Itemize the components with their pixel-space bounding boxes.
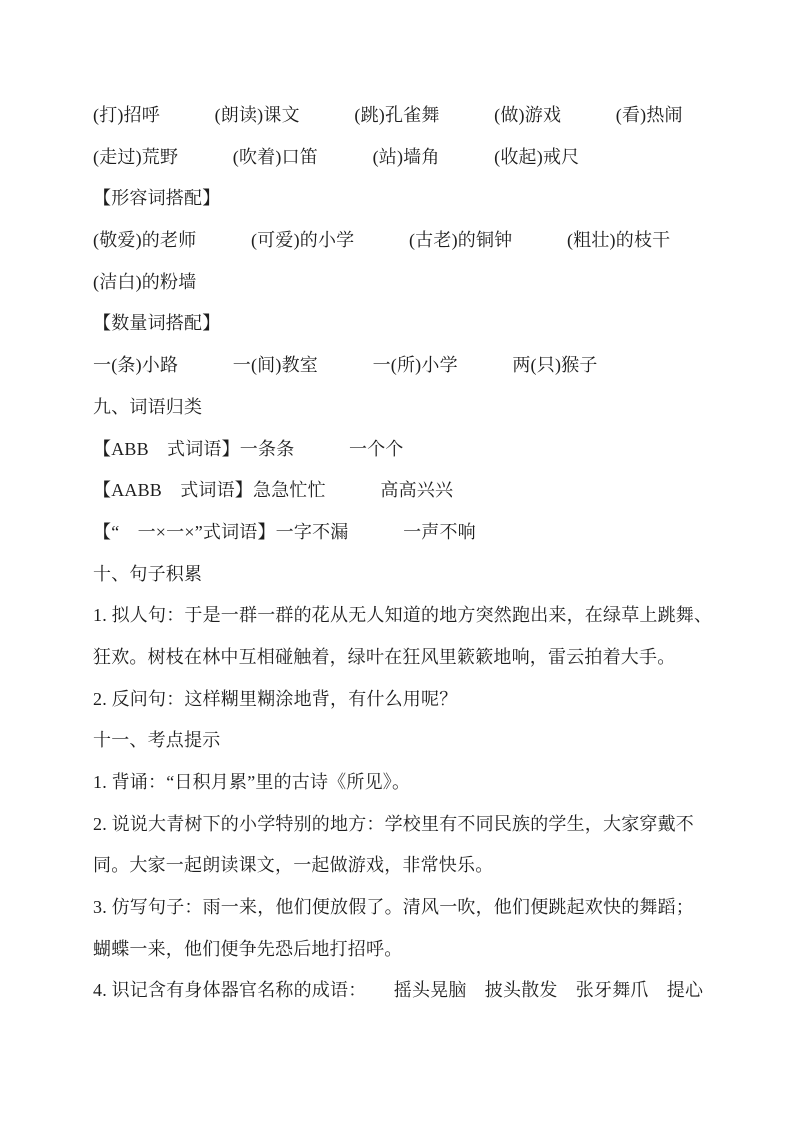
abb-words-row: 【ABB 式词语】一条条 一个个 bbox=[93, 429, 753, 471]
section-9-heading: 九、词语归类 bbox=[93, 387, 753, 429]
adjective-row-1: (敬爱)的老师 (可爱)的小学 (古老)的铜钟 (粗壮)的枝干 bbox=[93, 220, 753, 262]
aabb-words-row: 【AABB 式词语】急急忙忙 高高兴兴 bbox=[93, 470, 753, 512]
exam-point-1: 1. 背诵：“日积月累”里的古诗《所见》。 bbox=[93, 762, 753, 804]
exam-point-3-line-2: 蝴蝶一来，他们便争先恐后地打招呼。 bbox=[93, 929, 753, 971]
quantifier-collocation-heading: 【数量词搭配】 bbox=[93, 303, 753, 345]
exam-point-2-line-2: 同。大家一起朗读课文，一起做游戏，非常快乐。 bbox=[93, 845, 753, 887]
section-10-heading: 十、句子积累 bbox=[93, 554, 753, 596]
exam-point-3-line-1: 3. 仿写句子：雨一来，他们便放假了。清风一吹，他们便跳起欢快的舞蹈； bbox=[93, 887, 753, 929]
rhetorical-question-sentence: 2. 反问句：这样糊里糊涂地背，有什么用呢？ bbox=[93, 679, 753, 721]
document-content: (打)招呼 (朗读)课文 (跳)孔雀舞 (做)游戏 (看)热闹 (走过)荒野 (… bbox=[93, 95, 753, 1012]
section-11-heading: 十一、考点提示 bbox=[93, 720, 753, 762]
adjective-collocation-heading: 【形容词搭配】 bbox=[93, 178, 753, 220]
yi-x-yi-x-words-row: 【“ 一×一×”式词语】一字不漏 一声不响 bbox=[93, 512, 753, 554]
personification-sentence-line-2: 狂欢。树枝在林中互相碰触着，绿叶在狂风里簌簌地响，雷云拍着大手。 bbox=[93, 637, 753, 679]
exam-point-2-line-1: 2. 说说大青树下的小学特别的地方：学校里有不同民族的学生，大家穿戴不 bbox=[93, 804, 753, 846]
verb-object-row-1: (打)招呼 (朗读)课文 (跳)孔雀舞 (做)游戏 (看)热闹 bbox=[93, 95, 753, 137]
verb-object-row-2: (走过)荒野 (吹着)口笛 (站)墙角 (收起)戒尺 bbox=[93, 137, 753, 179]
adjective-row-2: (洁白)的粉墙 bbox=[93, 262, 753, 304]
document-page: (打)招呼 (朗读)课文 (跳)孔雀舞 (做)游戏 (看)热闹 (走过)荒野 (… bbox=[0, 0, 793, 1122]
personification-sentence-line-1: 1. 拟人句：于是一群一群的花从无人知道的地方突然跑出来，在绿草上跳舞、 bbox=[93, 595, 753, 637]
exam-point-4: 4. 识记含有身体器官名称的成语： 摇头晃脑 披头散发 张牙舞爪 提心 bbox=[93, 970, 753, 1012]
quantifier-row: 一(条)小路 一(间)教室 一(所)小学 两(只)猴子 bbox=[93, 345, 753, 387]
